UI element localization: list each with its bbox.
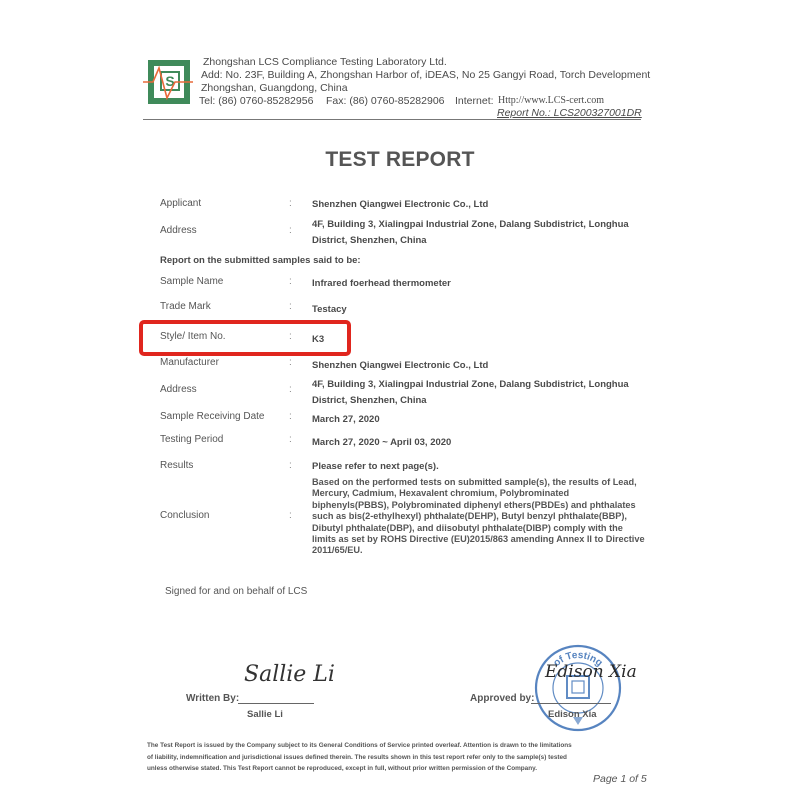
style-item-no-value: K3 — [312, 332, 324, 348]
lab-website-link[interactable]: Http://www.LCS-cert.com — [498, 95, 604, 107]
trade-mark-value: Testacy — [312, 302, 347, 318]
conclusion-line: Based on the performed tests on submitte… — [312, 477, 692, 488]
approved-by-label: Approved by: — [470, 693, 534, 704]
colon: : — [289, 510, 292, 521]
lab-name: Zhongshan LCS Compliance Testing Laborat… — [203, 56, 447, 68]
lab-address-line2: Zhongshan, Guangdong, China — [201, 82, 348, 94]
signed-on-behalf-text: Signed for and on behalf of LCS — [165, 586, 307, 597]
lab-fax: Fax: (86) 0760-85282906 — [326, 95, 445, 107]
disclaimer-line: of liability, indemnification and jurisd… — [147, 752, 647, 764]
colon: : — [289, 384, 292, 395]
colon: : — [289, 460, 292, 471]
colon: : — [289, 301, 292, 312]
applicant-label: Applicant — [160, 198, 201, 209]
approved-by-signature: Edison Xia — [545, 662, 637, 682]
style-item-no-label: Style/ Item No. — [160, 331, 226, 342]
applicant-address-line2: District, Shenzhen, China — [312, 233, 427, 249]
colon: : — [289, 434, 292, 445]
manufacturer-address-label: Address — [160, 384, 197, 395]
results-label: Results — [160, 460, 193, 471]
approved-by-line — [531, 703, 611, 704]
sample-name-label: Sample Name — [160, 276, 223, 287]
lab-address-line1: Add: No. 23F, Building A, Zhongshan Harb… — [201, 69, 650, 81]
manufacturer-value: Shenzhen Qiangwei Electronic Co., Ltd — [312, 358, 488, 374]
report-number: Report No.: LCS200327001DR — [497, 107, 642, 119]
results-value: Please refer to next page(s). — [312, 459, 439, 475]
approved-by-name: Edison Xia — [548, 709, 597, 720]
disclaimer-line: The Test Report is issued by the Company… — [147, 740, 647, 752]
written-by-name: Sallie Li — [247, 709, 283, 720]
header-divider — [143, 119, 641, 120]
colon: : — [289, 411, 292, 422]
conclusion-line: limits as set by ROHS Directive (EU)2015… — [312, 534, 692, 545]
disclaimer-line: unless otherwise stated. This Test Repor… — [147, 763, 647, 775]
colon: : — [289, 276, 292, 287]
written-by-signature: Sallie Li — [244, 662, 335, 687]
written-by-label: Written By: — [186, 693, 239, 704]
applicant-address-line1: 4F, Building 3, Xialingpai Industrial Zo… — [312, 217, 629, 233]
page-title: TEST REPORT — [0, 148, 800, 172]
lab-tel: Tel: (86) 0760-85282956 — [199, 95, 313, 107]
colon: : — [289, 357, 292, 368]
colon: : — [289, 225, 292, 236]
manufacturer-address-line2: District, Shenzhen, China — [312, 393, 427, 409]
page-number: Page 1 of 5 — [593, 773, 647, 785]
conclusion-line: biphenyls(PBBS), Polybrominated diphenyl… — [312, 500, 692, 511]
conclusion-line: Mercury, Cadmium, Hexavalent chromium, P… — [312, 488, 692, 499]
lab-internet-label: Internet: — [455, 95, 494, 107]
lcs-logo-icon: S — [143, 60, 193, 106]
manufacturer-label: Manufacturer — [160, 357, 219, 368]
conclusion-text: Based on the performed tests on submitte… — [312, 477, 692, 557]
footer-disclaimer: The Test Report is issued by the Company… — [147, 740, 647, 775]
testing-period-label: Testing Period — [160, 434, 223, 445]
sample-receiving-date-value: March 27, 2020 — [312, 412, 380, 428]
conclusion-line: Dibutyl phthalate(DBP), and diisobutyl p… — [312, 523, 692, 534]
conclusion-label: Conclusion — [160, 510, 209, 521]
conclusion-line: such as bis(2-ethylhexyl) phthalate(DEHP… — [312, 511, 692, 522]
manufacturer-address-line1: 4F, Building 3, Xialingpai Industrial Zo… — [312, 377, 629, 393]
sample-name-value: Infrared foerhead thermometer — [312, 276, 451, 292]
written-by-line — [238, 703, 314, 704]
colon: : — [289, 331, 292, 342]
sample-receiving-date-label: Sample Receiving Date — [160, 411, 265, 422]
colon: : — [289, 198, 292, 209]
applicant-value: Shenzhen Qiangwei Electronic Co., Ltd — [312, 197, 488, 213]
conclusion-line: 2011/65/EU. — [312, 545, 692, 556]
trade-mark-label: Trade Mark — [160, 301, 211, 312]
applicant-address-label: Address — [160, 225, 197, 236]
testing-period-value: March 27, 2020 ~ April 03, 2020 — [312, 435, 451, 451]
samples-section-heading: Report on the submitted samples said to … — [160, 255, 361, 266]
